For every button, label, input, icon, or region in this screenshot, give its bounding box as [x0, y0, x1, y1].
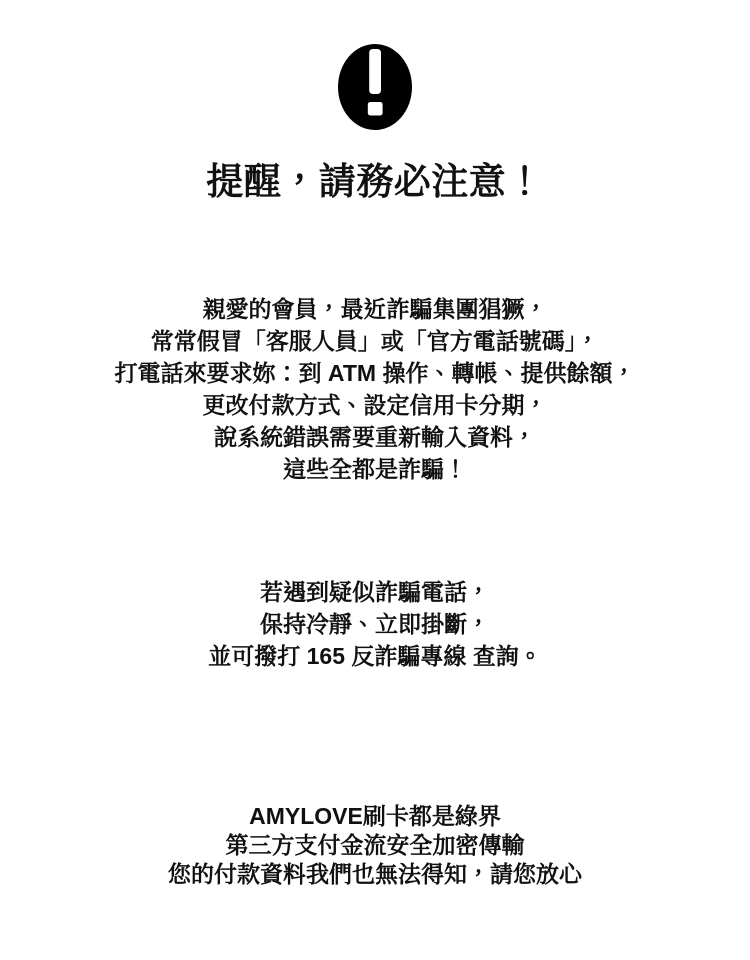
scam-warning-paragraph: 親愛的會員，最近詐騙集團猖獗， 常常假冒「客服人員」或「官方電話號碼」， 打電話…: [0, 293, 750, 485]
scam-warning-line: 說系統錯誤需要重新輸入資料，: [0, 421, 750, 453]
payment-reassurance-line: AMYLOVE刷卡都是綠界: [0, 802, 750, 831]
anti-fraud-advice-line: 若遇到疑似詐騙電話，: [0, 576, 750, 608]
exclamation-circle-icon: [338, 44, 412, 130]
payment-reassurance-paragraph: AMYLOVE刷卡都是綠界 第三方支付金流安全加密傳輸 您的付款資料我們也無法得…: [0, 802, 750, 889]
fraud-alert-page: 提醒，請務必注意！ 親愛的會員，最近詐騙集團猖獗， 常常假冒「客服人員」或「官方…: [0, 0, 750, 960]
anti-fraud-advice-paragraph: 若遇到疑似詐騙電話， 保持冷靜、立即掛斷， 並可撥打 165 反詐騙專線 查詢。: [0, 576, 750, 672]
alert-title: 提醒，請務必注意！: [0, 159, 750, 205]
scam-warning-line: 打電話來要求妳：到 ATM 操作、轉帳、提供餘額，: [0, 357, 750, 389]
scam-warning-line: 常常假冒「客服人員」或「官方電話號碼」，: [0, 325, 750, 357]
payment-reassurance-line: 您的付款資料我們也無法得知，請您放心: [0, 860, 750, 889]
scam-warning-line: 這些全都是詐騙！: [0, 453, 750, 485]
anti-fraud-advice-line: 保持冷靜、立即掛斷，: [0, 608, 750, 640]
scam-warning-line: 親愛的會員，最近詐騙集團猖獗，: [0, 293, 750, 325]
payment-reassurance-line: 第三方支付金流安全加密傳輸: [0, 831, 750, 860]
anti-fraud-advice-line: 並可撥打 165 反詐騙專線 查詢。: [0, 640, 750, 672]
scam-warning-line: 更改付款方式、設定信用卡分期，: [0, 389, 750, 421]
